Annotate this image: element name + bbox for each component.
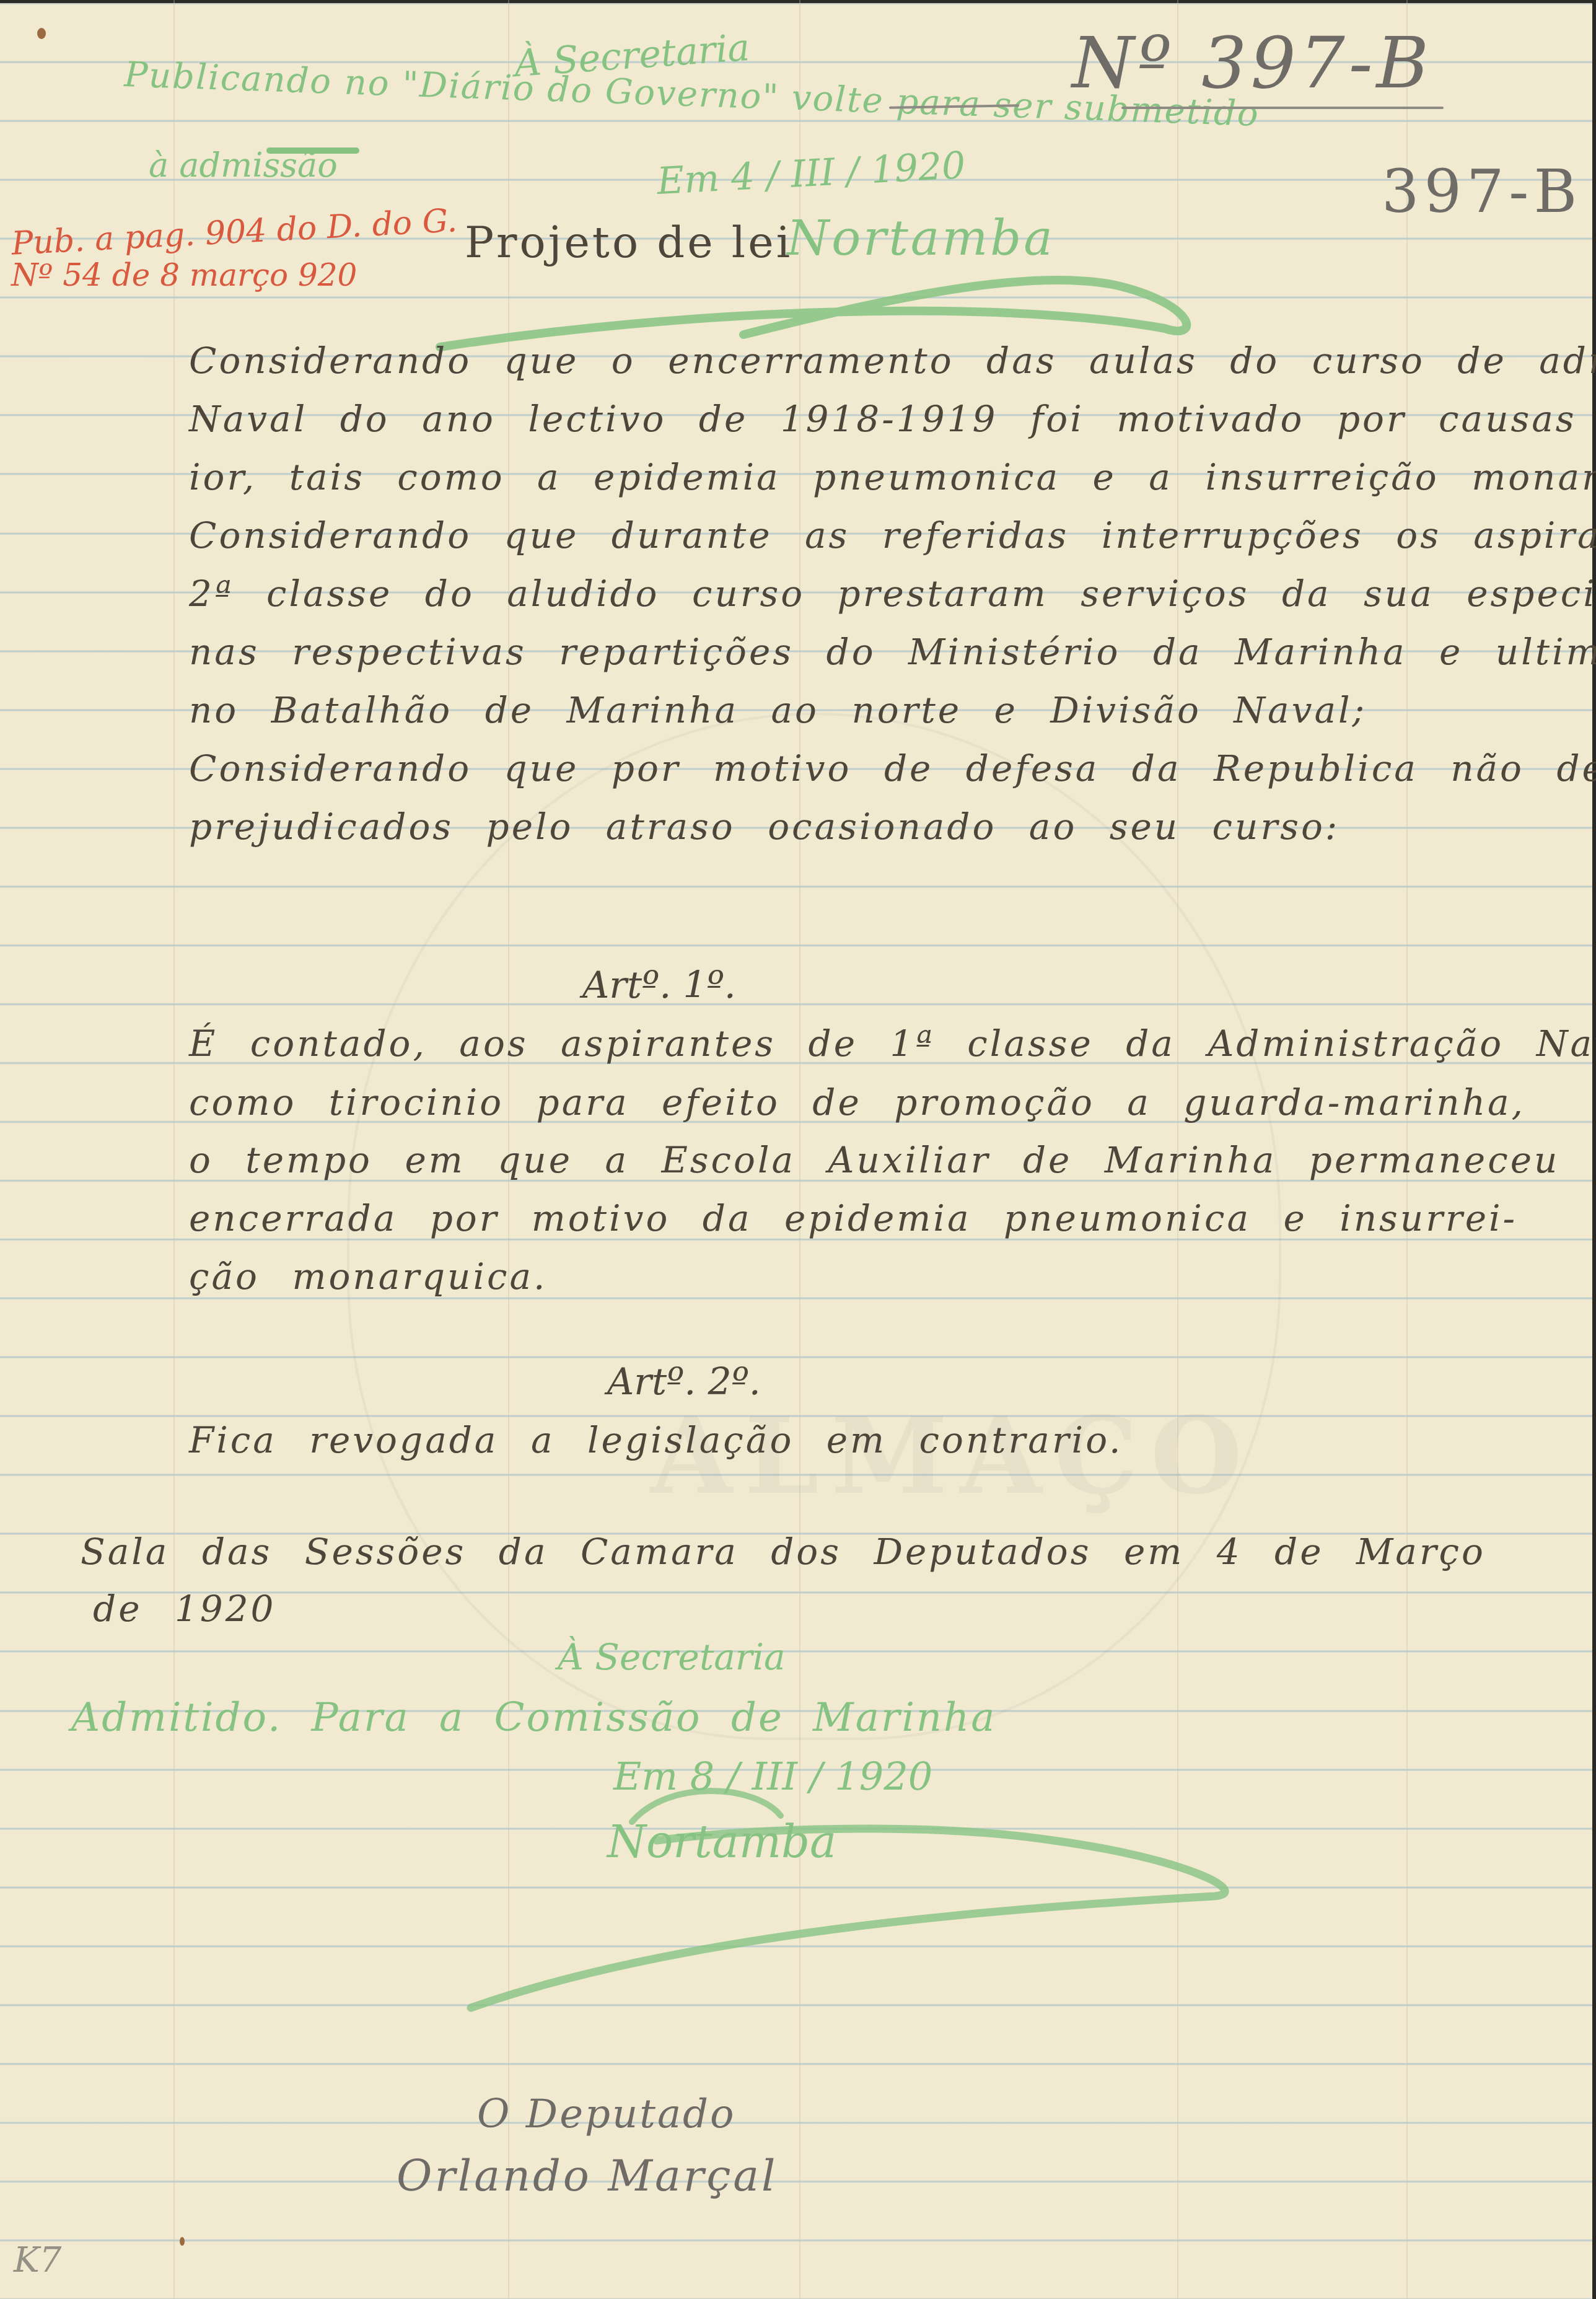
preamble-line: 2ª classe do aludido curso prestaram ser…: [189, 573, 1596, 615]
preamble-line: no Batalhão de Marinha ao norte e Divisã…: [189, 689, 1367, 731]
closing-place-date: Sala das Sessões da Camara dos Deputados…: [81, 1531, 1486, 1573]
green-flourish-admission: [434, 1772, 1363, 2020]
scan-top-border: [0, 0, 1596, 3]
signature-title: O Deputado: [477, 2091, 736, 2137]
preamble-line: nas respectivas repartições do Ministéri…: [189, 631, 1596, 673]
preamble-line: Naval do ano lectivo de 1918-1919 foi mo…: [189, 398, 1596, 440]
green-underline: [266, 147, 359, 154]
document-number-pencil: 397-B: [1382, 158, 1582, 226]
paper-stain: [180, 2237, 185, 2246]
article-2-heading: Artº. 2º.: [607, 1360, 761, 1404]
preamble-line: prejudicados pelo atraso ocasionado ao s…: [189, 806, 1339, 848]
green-admission-line: Admitido. Para a Comissão de Marinha: [71, 1695, 996, 1741]
article-2-line: Fica revogada a legislação em contrario.: [189, 1419, 1123, 1461]
article-1-line: encerrada por motivo da epidemia pneumon…: [189, 1197, 1517, 1239]
article-1-line: ção monarquica.: [189, 1255, 548, 1298]
preamble-line: Considerando que durante as referidas in…: [189, 514, 1596, 556]
document-number-stamp: Nº 397-B: [1072, 22, 1432, 105]
signature-name: Orlando Marçal: [397, 2150, 778, 2201]
number-stamp-underline: [1121, 107, 1444, 109]
article-1-heading: Artº. 1º.: [582, 964, 736, 1007]
preamble-line: ior, tais como a epidemia pneumonica e a…: [189, 456, 1596, 498]
closing-year: de 1920: [93, 1588, 276, 1630]
paper-fold-line: [173, 0, 175, 2299]
margin-pencil-mark: K7: [14, 2240, 61, 2280]
article-1-line: o tempo em que a Escola Auxiliar de Mari…: [189, 1139, 1559, 1181]
paper-stain: [37, 28, 46, 39]
green-admission-secretaria: À Secretaria: [558, 1636, 786, 1678]
article-1-line: É contado, aos aspirantes de 1ª classe d…: [189, 1022, 1596, 1065]
preamble-line: Considerando que por motivo de defesa da…: [189, 747, 1596, 789]
article-1-line: como tirocinio para efeito de promoção a…: [189, 1081, 1525, 1123]
red-publication-note-line2: Nº 54 de 8 março 920: [11, 257, 357, 293]
preamble-line: Considerando que o encerramento das aula…: [189, 340, 1596, 382]
